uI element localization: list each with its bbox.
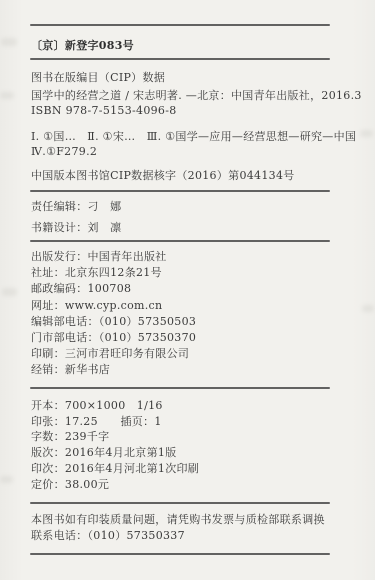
price: 定价：38.00元 [31,477,199,493]
divider-after-staff [30,240,330,242]
edition: 版次：2016年4月北京第1版 [31,445,199,461]
divider-top [30,24,330,26]
scan-artifact [1,38,17,46]
responsible-editor: 责任编辑：刁 娜 [31,197,121,218]
divider-after-publisher [30,387,330,389]
publisher-address: 社址：北京东四12条21号 [31,265,196,281]
scan-artifact [0,476,13,483]
book-designer: 书籍设计：刘 凛 [31,218,121,239]
quality-notice: 本图书如有印装质量问题，请凭购书发票与质检部联系调换 [31,512,325,528]
staff-block: 责任编辑：刁 娜 书籍设计：刘 凛 [31,197,121,238]
cip-record-number: 中国版本图书馆CIP数据核字（2016）第044134号 [31,167,295,183]
registration-number: 〔京〕新登字083号 [31,37,134,53]
store-phone: 门市部电话：（010）57350370 [31,330,196,346]
scan-artifact [360,130,373,137]
printing: 印次：2016年4月河北第1次印刷 [31,461,199,477]
divider-after-cip [30,190,330,192]
distributor: 经销：新华书店 [31,362,196,378]
divider-bottom [30,553,330,555]
scan-artifact [0,92,14,99]
cip-isbn: ISBN 978-7-5153-4096-8 [31,104,177,117]
printer: 印刷：三河市君旺印务有限公司 [31,346,196,362]
cip-heading: 图书在版编目（CIP）数据 [31,69,165,85]
publisher: 出版发行：中国青年出版社 [31,249,196,265]
print-specs-block: 开本：700×1000 1/16 印张：17.25 插页：1 字数：239千字 … [31,398,199,492]
cip-classification-line2: Ⅳ.①F279.2 [31,145,97,158]
copyright-page: 〔京〕新登字083号 图书在版编目（CIP）数据 国学中的经营之道 / 宋志明著… [0,0,375,580]
quality-notice-block: 本图书如有印装质量问题，请凭购书发票与质检部联系调换 联系电话：（010）573… [31,512,325,543]
editorial-phone: 编辑部电话：（010）57350503 [31,314,196,330]
format-spec: 开本：700×1000 1/16 [31,398,199,414]
cip-title-line: 国学中的经营之道 / 宋志明著. —北京：中国青年出版社，2016.3 [31,87,362,103]
contact-phone: 联系电话：（010）57350337 [31,528,325,544]
scan-artifact [362,305,374,312]
publisher-block: 出版发行：中国青年出版社 社址：北京东四12条21号 邮政编码：100708 网… [31,249,196,379]
postal-code: 邮政编码：100708 [31,281,196,297]
divider-after-specs [30,502,330,504]
word-count: 字数：239千字 [31,429,199,445]
website: 网址：www.cyp.com.cn [31,298,196,314]
cip-classification-line1: Ⅰ. ①国… Ⅱ. ①宋… Ⅲ. ①国学—应用—经营思想—研究—中国 [31,128,356,144]
sheets-spec: 印张：17.25 插页：1 [31,414,199,430]
scan-artifact [2,288,17,296]
divider-after-registration [30,58,330,60]
